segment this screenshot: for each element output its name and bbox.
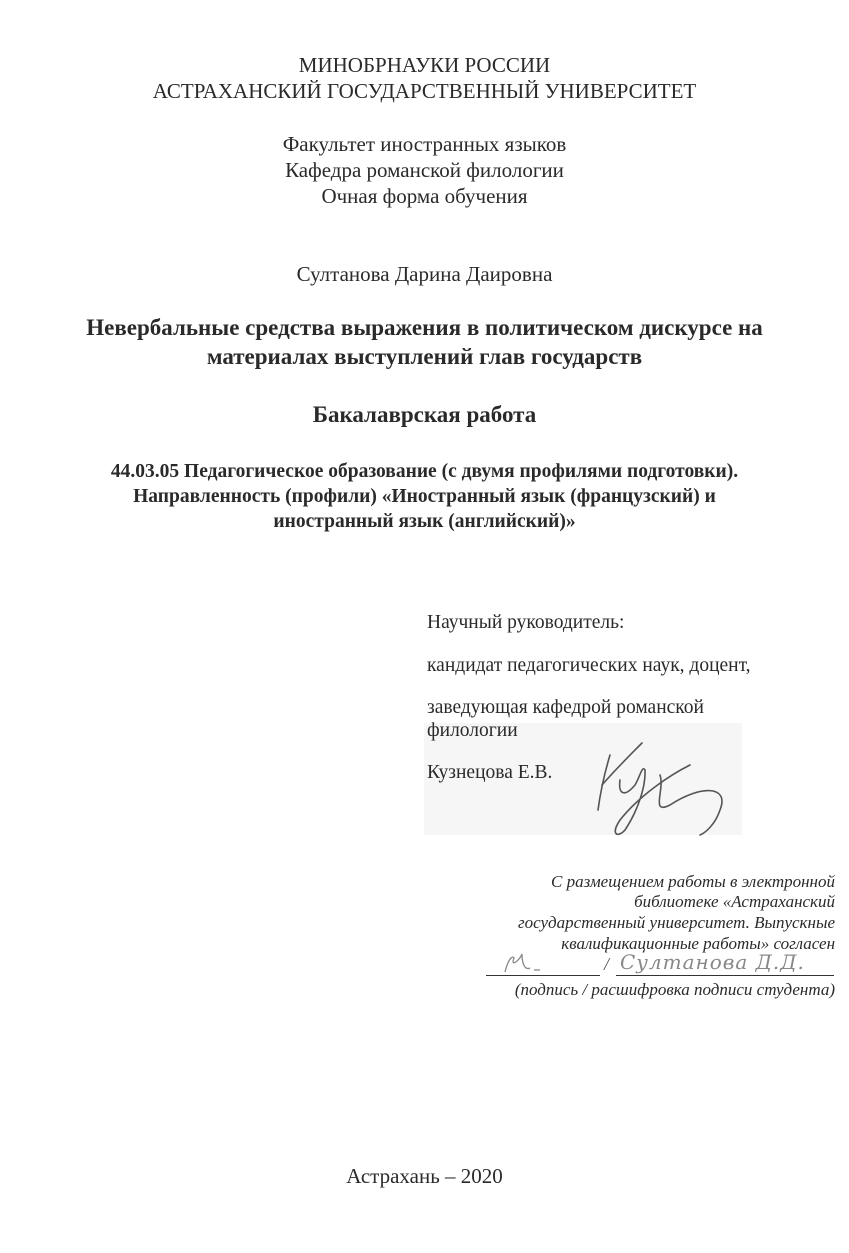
work-type: Бакалаврская работа (0, 400, 849, 429)
specialty-line-2: Направленность (профили) «Иностранный яз… (0, 485, 849, 509)
city-year: Астрахань – 2020 (0, 1163, 849, 1189)
student-name-line (616, 975, 834, 976)
supervisor-position-line-2: филологии (427, 720, 518, 742)
supervisor-signature-icon (590, 735, 740, 840)
study-form-label: Очная форма обучения (0, 183, 849, 209)
thesis-title-line-2: материалах выступлений глав государств (0, 342, 849, 371)
student-signature-decoded: Султанова Д.Д. (620, 950, 805, 974)
ministry-heading: МИНОБРНАУКИ РОССИИ (0, 52, 849, 78)
signature-separator: / (604, 954, 609, 975)
consent-line-2: библиотеке «Астраханский (435, 892, 835, 912)
specialty-line-1: 44.03.05 Педагогическое образование (с д… (0, 460, 849, 484)
supervisor-label: Научный руководитель: (427, 612, 624, 634)
supervisor-name: Кузнецова Е.В. (427, 762, 552, 784)
supervisor-degree: кандидат педагогических наук, доцент, (427, 655, 751, 677)
student-signature-icon (500, 950, 560, 976)
faculty-label: Факультет иностранных языков (0, 131, 849, 157)
consent-line-3: государственный университет. Выпускные (435, 913, 835, 933)
specialty-line-3: иностранный язык (английский)» (0, 510, 849, 534)
thesis-title-line-1: Невербальные средства выражения в полити… (0, 313, 849, 342)
consent-line-1: С размещением работы в электронной (435, 872, 835, 892)
university-heading: АСТРАХАНСКИЙ ГОСУДАРСТВЕННЫЙ УНИВЕРСИТЕТ (0, 78, 849, 104)
supervisor-position-line-1: заведующая кафедрой романской (427, 697, 704, 719)
department-label: Кафедра романской филологии (0, 157, 849, 183)
author-name: Султанова Дарина Даировна (0, 261, 849, 287)
signature-caption: (подпись / расшифровка подписи студента) (435, 980, 835, 1000)
